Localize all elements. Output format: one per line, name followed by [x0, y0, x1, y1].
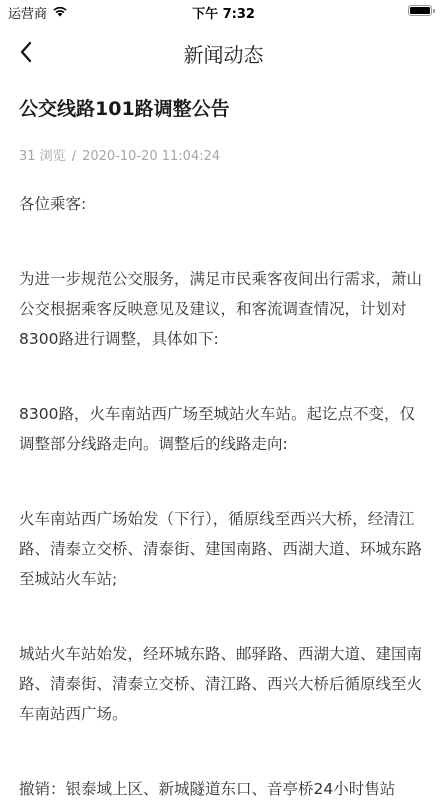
meta-separator: /	[72, 148, 76, 166]
article-content: 公交线路101路调整公告 31 浏览 / 2020-10-20 11:04:24…	[0, 80, 447, 795]
publish-datetime: 2020-10-20 11:04:24	[82, 148, 220, 166]
nav-bar: 新闻动态	[0, 24, 447, 80]
status-time: 下午 7:32	[0, 3, 447, 22]
article-body: 各位乘客: 为进一步规范公交服务，满足市民乘客夜间出行需求，萧山公交根据乘客反映…	[19, 189, 428, 795]
paragraph-clipped: 撤销：银泰域上区、新城隧道东口、音亭桥24小时售站	[19, 774, 428, 795]
page-title: 新闻动态	[0, 39, 447, 68]
status-bar: 运营商 下午 7:32	[0, 0, 447, 24]
article-title: 公交线路101路调整公告	[19, 95, 428, 123]
battery-icon	[408, 5, 435, 16]
view-count: 31 浏览	[19, 148, 66, 166]
paragraph-upbound-route: 城站火车站始发，经环城东路、邮驿路、西湖大道、建国南路、清泰街、清泰立交桥、清江…	[19, 639, 428, 729]
article-meta: 31 浏览 / 2020-10-20 11:04:24	[19, 148, 428, 166]
paragraph-intro: 为进一步规范公交服务，满足市民乘客夜间出行需求，萧山公交根据乘客反映意见及建议，…	[19, 264, 428, 354]
paragraph-downbound-route: 火车南站西广场始发（下行），循原线至西兴大桥，经清江路、清泰立交桥、清泰街、建国…	[19, 504, 428, 594]
paragraph-greeting: 各位乘客:	[19, 189, 428, 219]
paragraph-route-summary: 8300路，火车南站西广场至城站火车站。起讫点不变，仅调整部分线路走向。调整后的…	[19, 399, 428, 459]
